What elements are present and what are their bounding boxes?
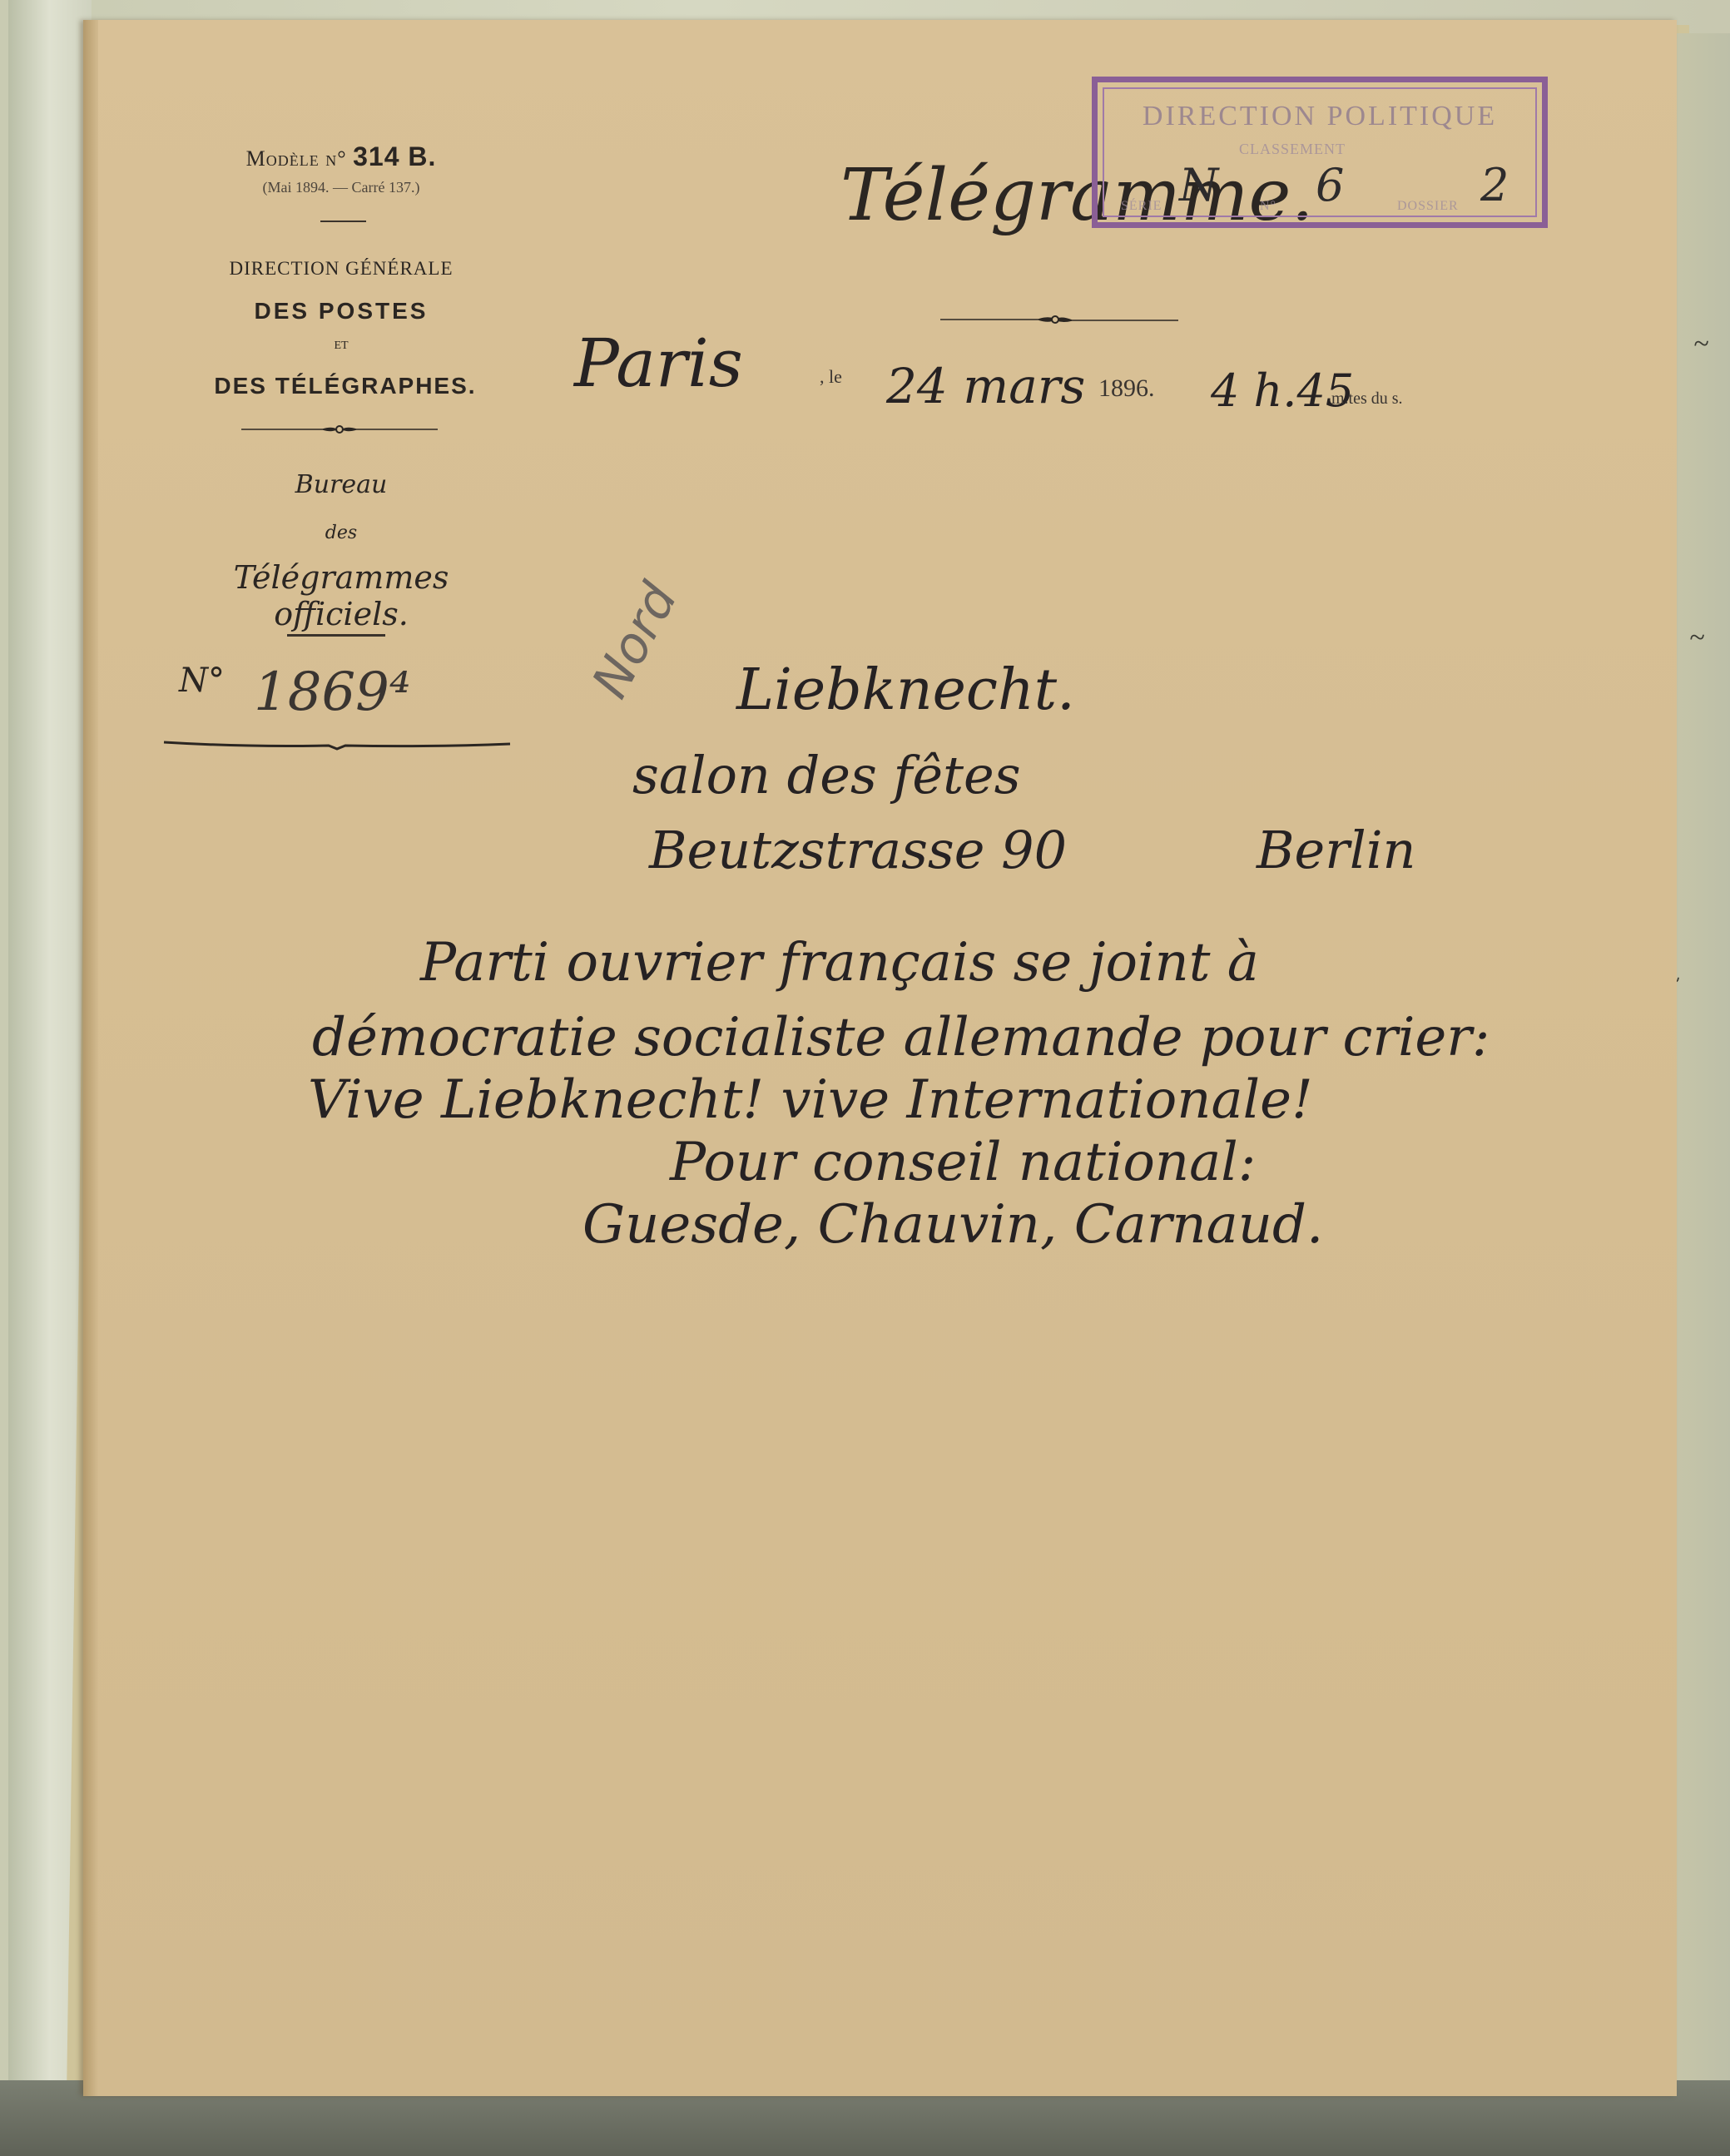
- telegram-number-value: 1869⁴: [254, 662, 411, 723]
- stamp-value-serie: N: [1179, 159, 1218, 211]
- divider: [320, 221, 366, 222]
- stamp-value-dossier: 2: [1480, 159, 1509, 211]
- message-signatures: Guesde, Chauvin, Carnaud.: [582, 1194, 1323, 1256]
- bureau-line-1: Bureau: [175, 470, 508, 499]
- model-label: Modèle n°: [246, 146, 347, 171]
- direction-line-4: DES TÉLÉGRAPHES.: [166, 373, 524, 399]
- divider: [287, 634, 385, 637]
- addressee-city: Berlin: [1257, 820, 1415, 880]
- stamp-label-dossier: DOSSIER: [1397, 199, 1459, 214]
- underlying-ink-fragment: ~: [1693, 329, 1708, 360]
- underlying-ink-fragment: ~: [1689, 622, 1704, 654]
- addressee-street: Beutzstrasse 90: [649, 820, 1067, 880]
- message-line-2: démocratie socialiste allemande pour cri…: [312, 1007, 1490, 1068]
- dateline-place: Paris: [574, 325, 743, 402]
- addressee-line-2: salon des fêtes: [632, 745, 1021, 805]
- direction-line-1: DIRECTION GÉNÉRALE: [175, 258, 508, 280]
- sheet-left-edge: [83, 20, 98, 2096]
- ornament-underline-icon: [162, 739, 512, 751]
- stamp-value-number: 6: [1316, 159, 1344, 211]
- telegram-number-label: N°: [179, 662, 225, 700]
- dateline-day-month: 24 mars: [886, 358, 1085, 414]
- message-line-4: Pour conseil national:: [670, 1132, 1256, 1193]
- direction-line-2: DES POSTES: [175, 298, 508, 325]
- stamp-label-serie: SÉRIE: [1121, 199, 1162, 214]
- message-line-3: Vive Liebknecht! vive Internationale!: [308, 1069, 1313, 1131]
- dateline-year: 1896.: [1098, 374, 1155, 403]
- ornament-divider-icon: [240, 424, 439, 434]
- addressee-name: Liebknecht.: [736, 657, 1075, 723]
- form-model-subtitle: (Mai 1894. — Carré 137.): [175, 179, 508, 196]
- form-model-number: Modèle n° 314 B.: [175, 141, 508, 172]
- message-line-1: Parti ouvrier français se joint à: [420, 932, 1259, 994]
- dateline-time-suffix: m.tes du s.: [1331, 389, 1403, 409]
- direction-line-3: ET: [175, 340, 508, 353]
- stamp-sub-label: CLASSEMENT: [1239, 141, 1346, 158]
- stamp-title: DIRECTION POLITIQUE: [1098, 101, 1542, 132]
- bureau-line-2: des: [175, 523, 508, 543]
- model-number: 314 B.: [353, 141, 436, 171]
- bureau-line-3: Télégrammes officiels.: [166, 559, 516, 632]
- dateline-le: , le: [820, 366, 842, 388]
- stamp-label-number: N°: [1260, 199, 1276, 214]
- ornament-divider-icon: [939, 315, 1180, 326]
- classification-stamp: DIRECTION POLITIQUE CLASSEMENT SÉRIE N° …: [1092, 77, 1548, 228]
